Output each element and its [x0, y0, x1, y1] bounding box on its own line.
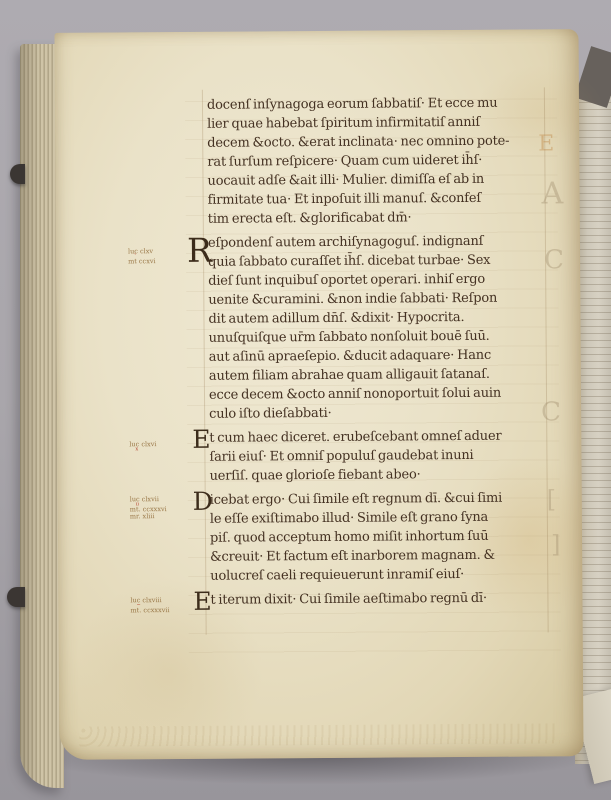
ghost-letters: EACC[] — [54, 29, 583, 760]
manuscript-page: docenſ inſynagoga eorum ſabbatiſ· Et ecc… — [54, 29, 583, 760]
bookmark-tab-bottom — [7, 587, 25, 607]
offset-ghost-letter: [ — [547, 487, 557, 511]
bookmark-tab-top — [10, 164, 25, 184]
offset-ghost-letter: E — [538, 133, 554, 155]
offset-ghost-letter: C — [541, 399, 561, 425]
offset-ghost-letter: ] — [551, 532, 561, 556]
gutter-shadow-wedge — [574, 46, 611, 108]
offset-ghost-letter: C — [544, 247, 564, 273]
offset-ghost-letter: A — [542, 179, 564, 209]
photo-background: { "scene": { "description": "Photograph … — [0, 0, 611, 800]
